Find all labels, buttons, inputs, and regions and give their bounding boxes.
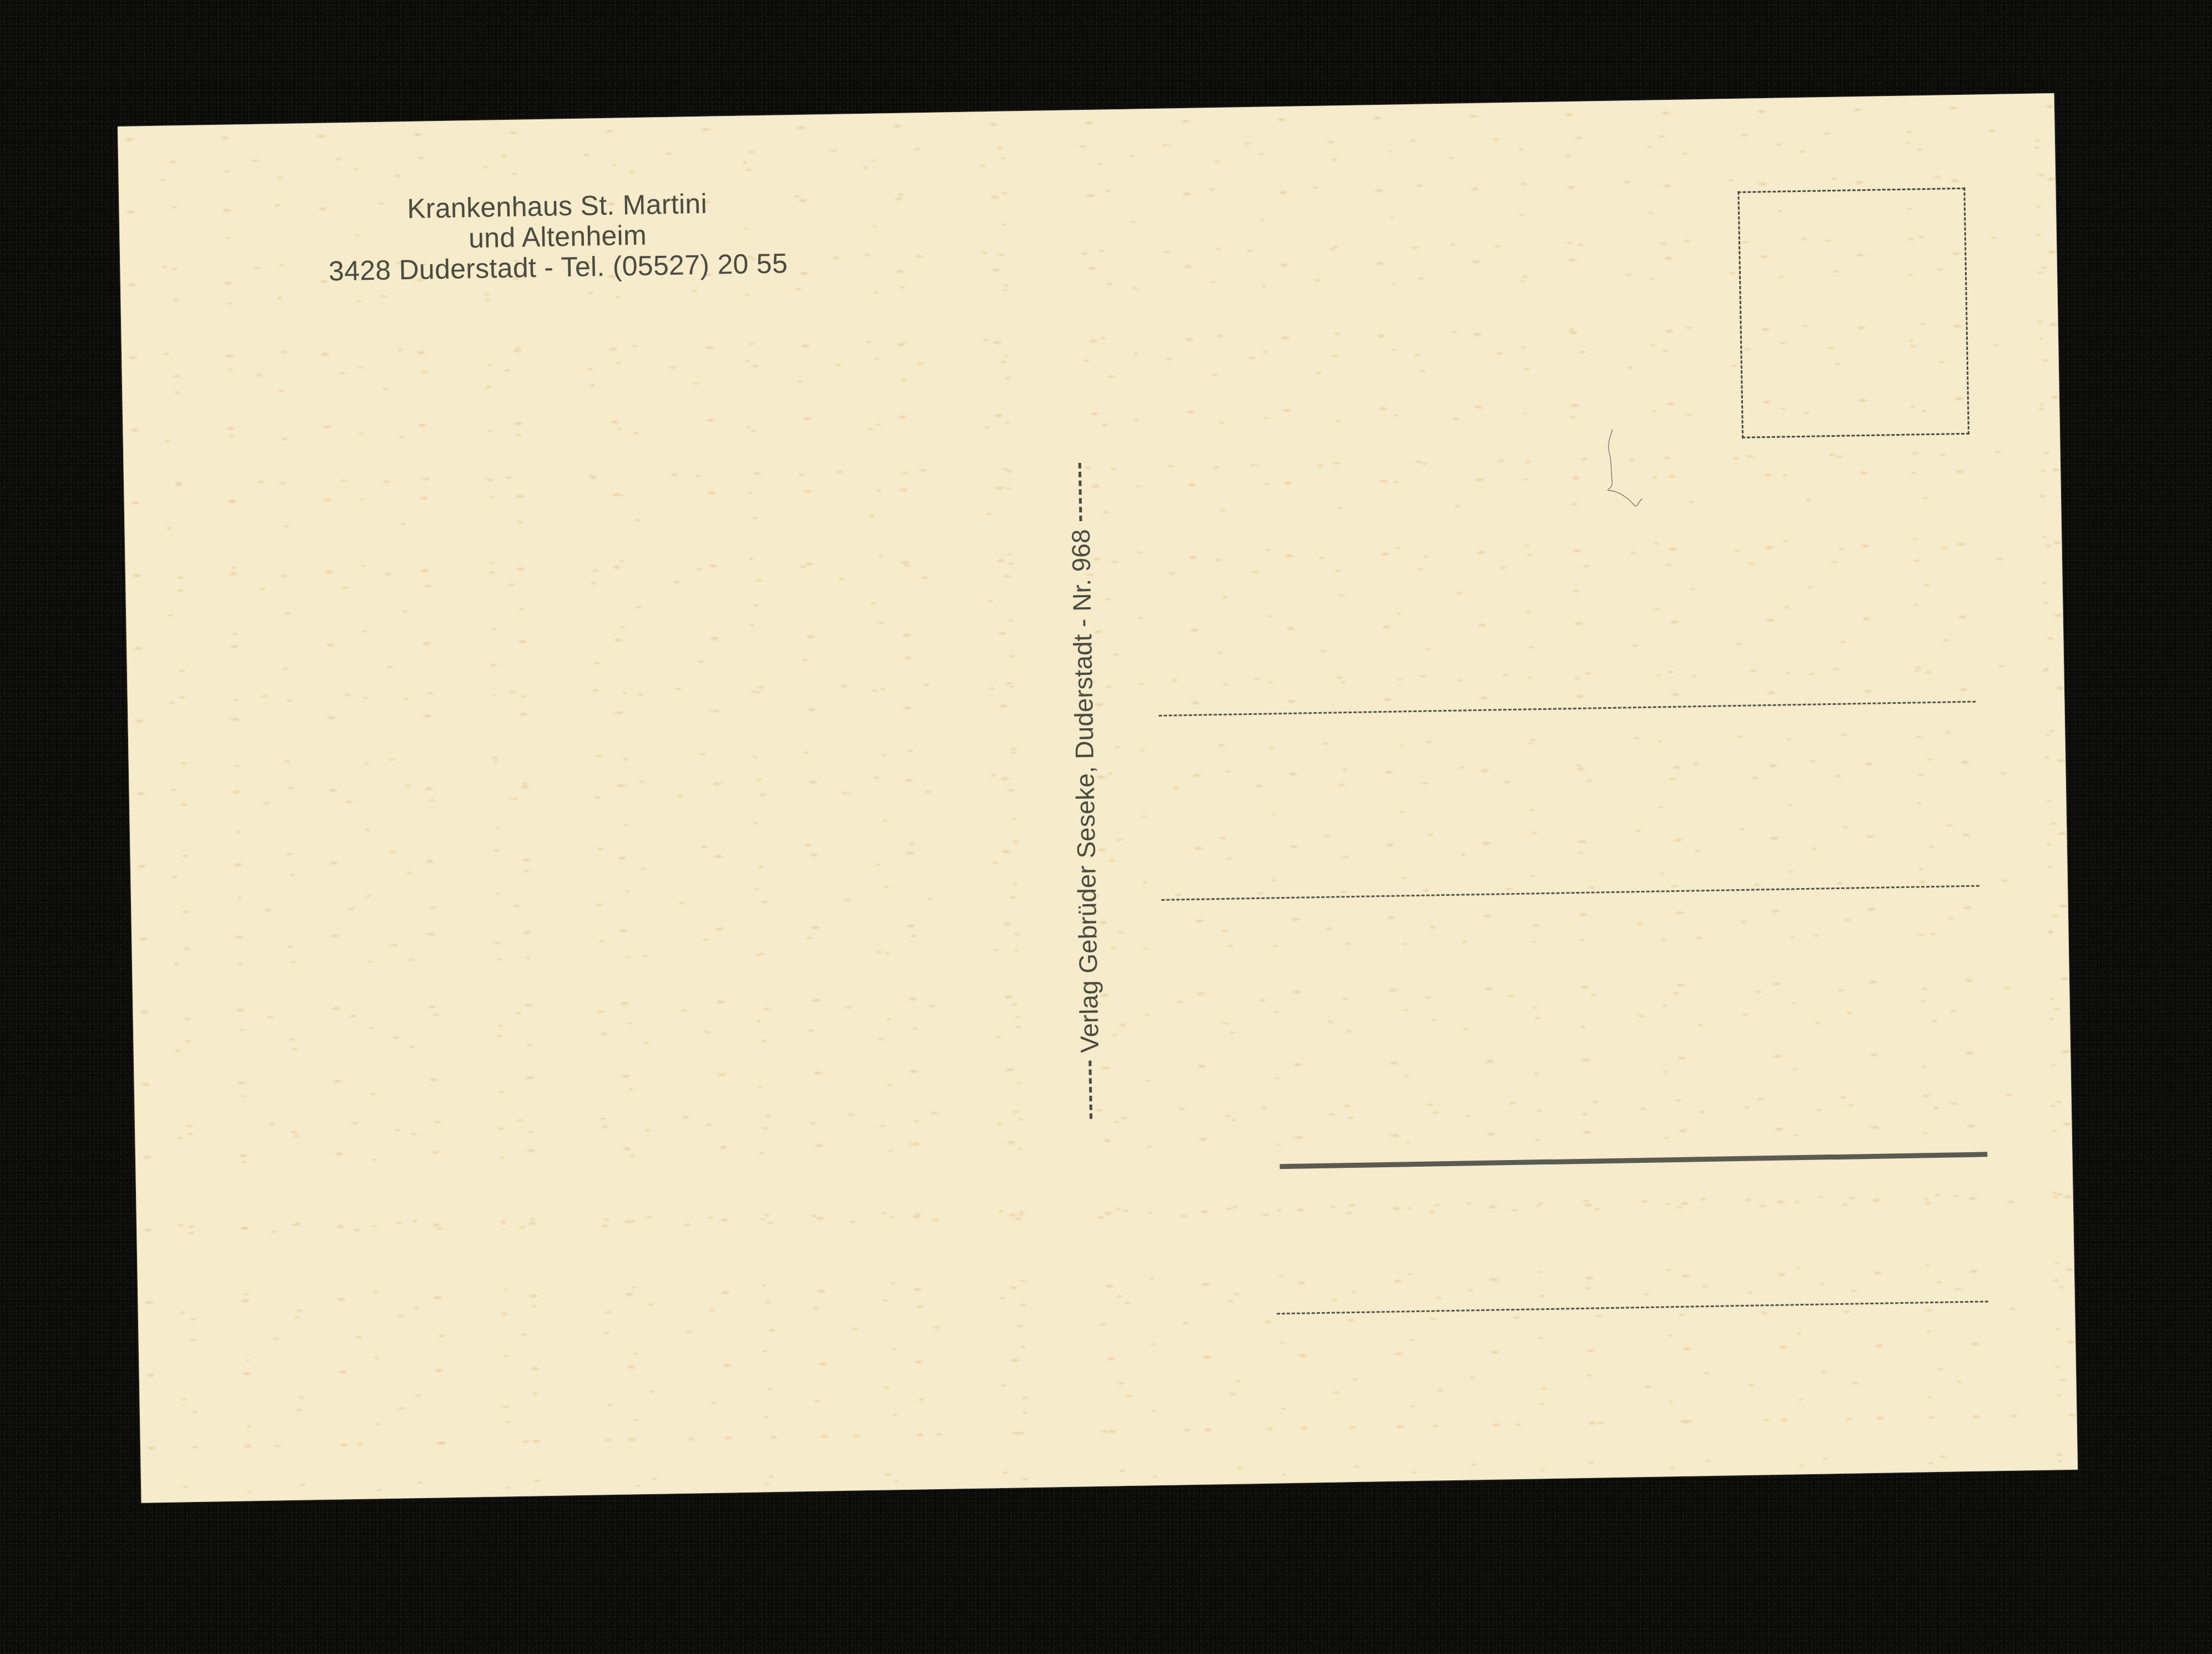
divider-dashes-left xyxy=(1089,1061,1092,1119)
divider-dashes-right xyxy=(1078,463,1082,521)
paper-fiber-mark xyxy=(1601,428,1647,512)
address-line-1 xyxy=(1158,701,1976,717)
address-line-3-solid xyxy=(1279,1152,1987,1169)
publisher-imprint-text: Verlag Gebrüder Seseke, Duderstadt - Nr.… xyxy=(1067,529,1104,1053)
stamp-placeholder-box xyxy=(1737,188,1969,438)
publisher-imprint-divider: Verlag Gebrüder Seseke, Duderstadt - Nr.… xyxy=(1066,463,1105,1119)
address-line-4 xyxy=(1277,1300,1988,1314)
address-line-2 xyxy=(1161,885,1979,901)
sender-address-block: Krankenhaus St. Martini und Altenheim 34… xyxy=(279,186,836,288)
postcard-back: Krankenhaus St. Martini und Altenheim 34… xyxy=(118,93,2078,1503)
